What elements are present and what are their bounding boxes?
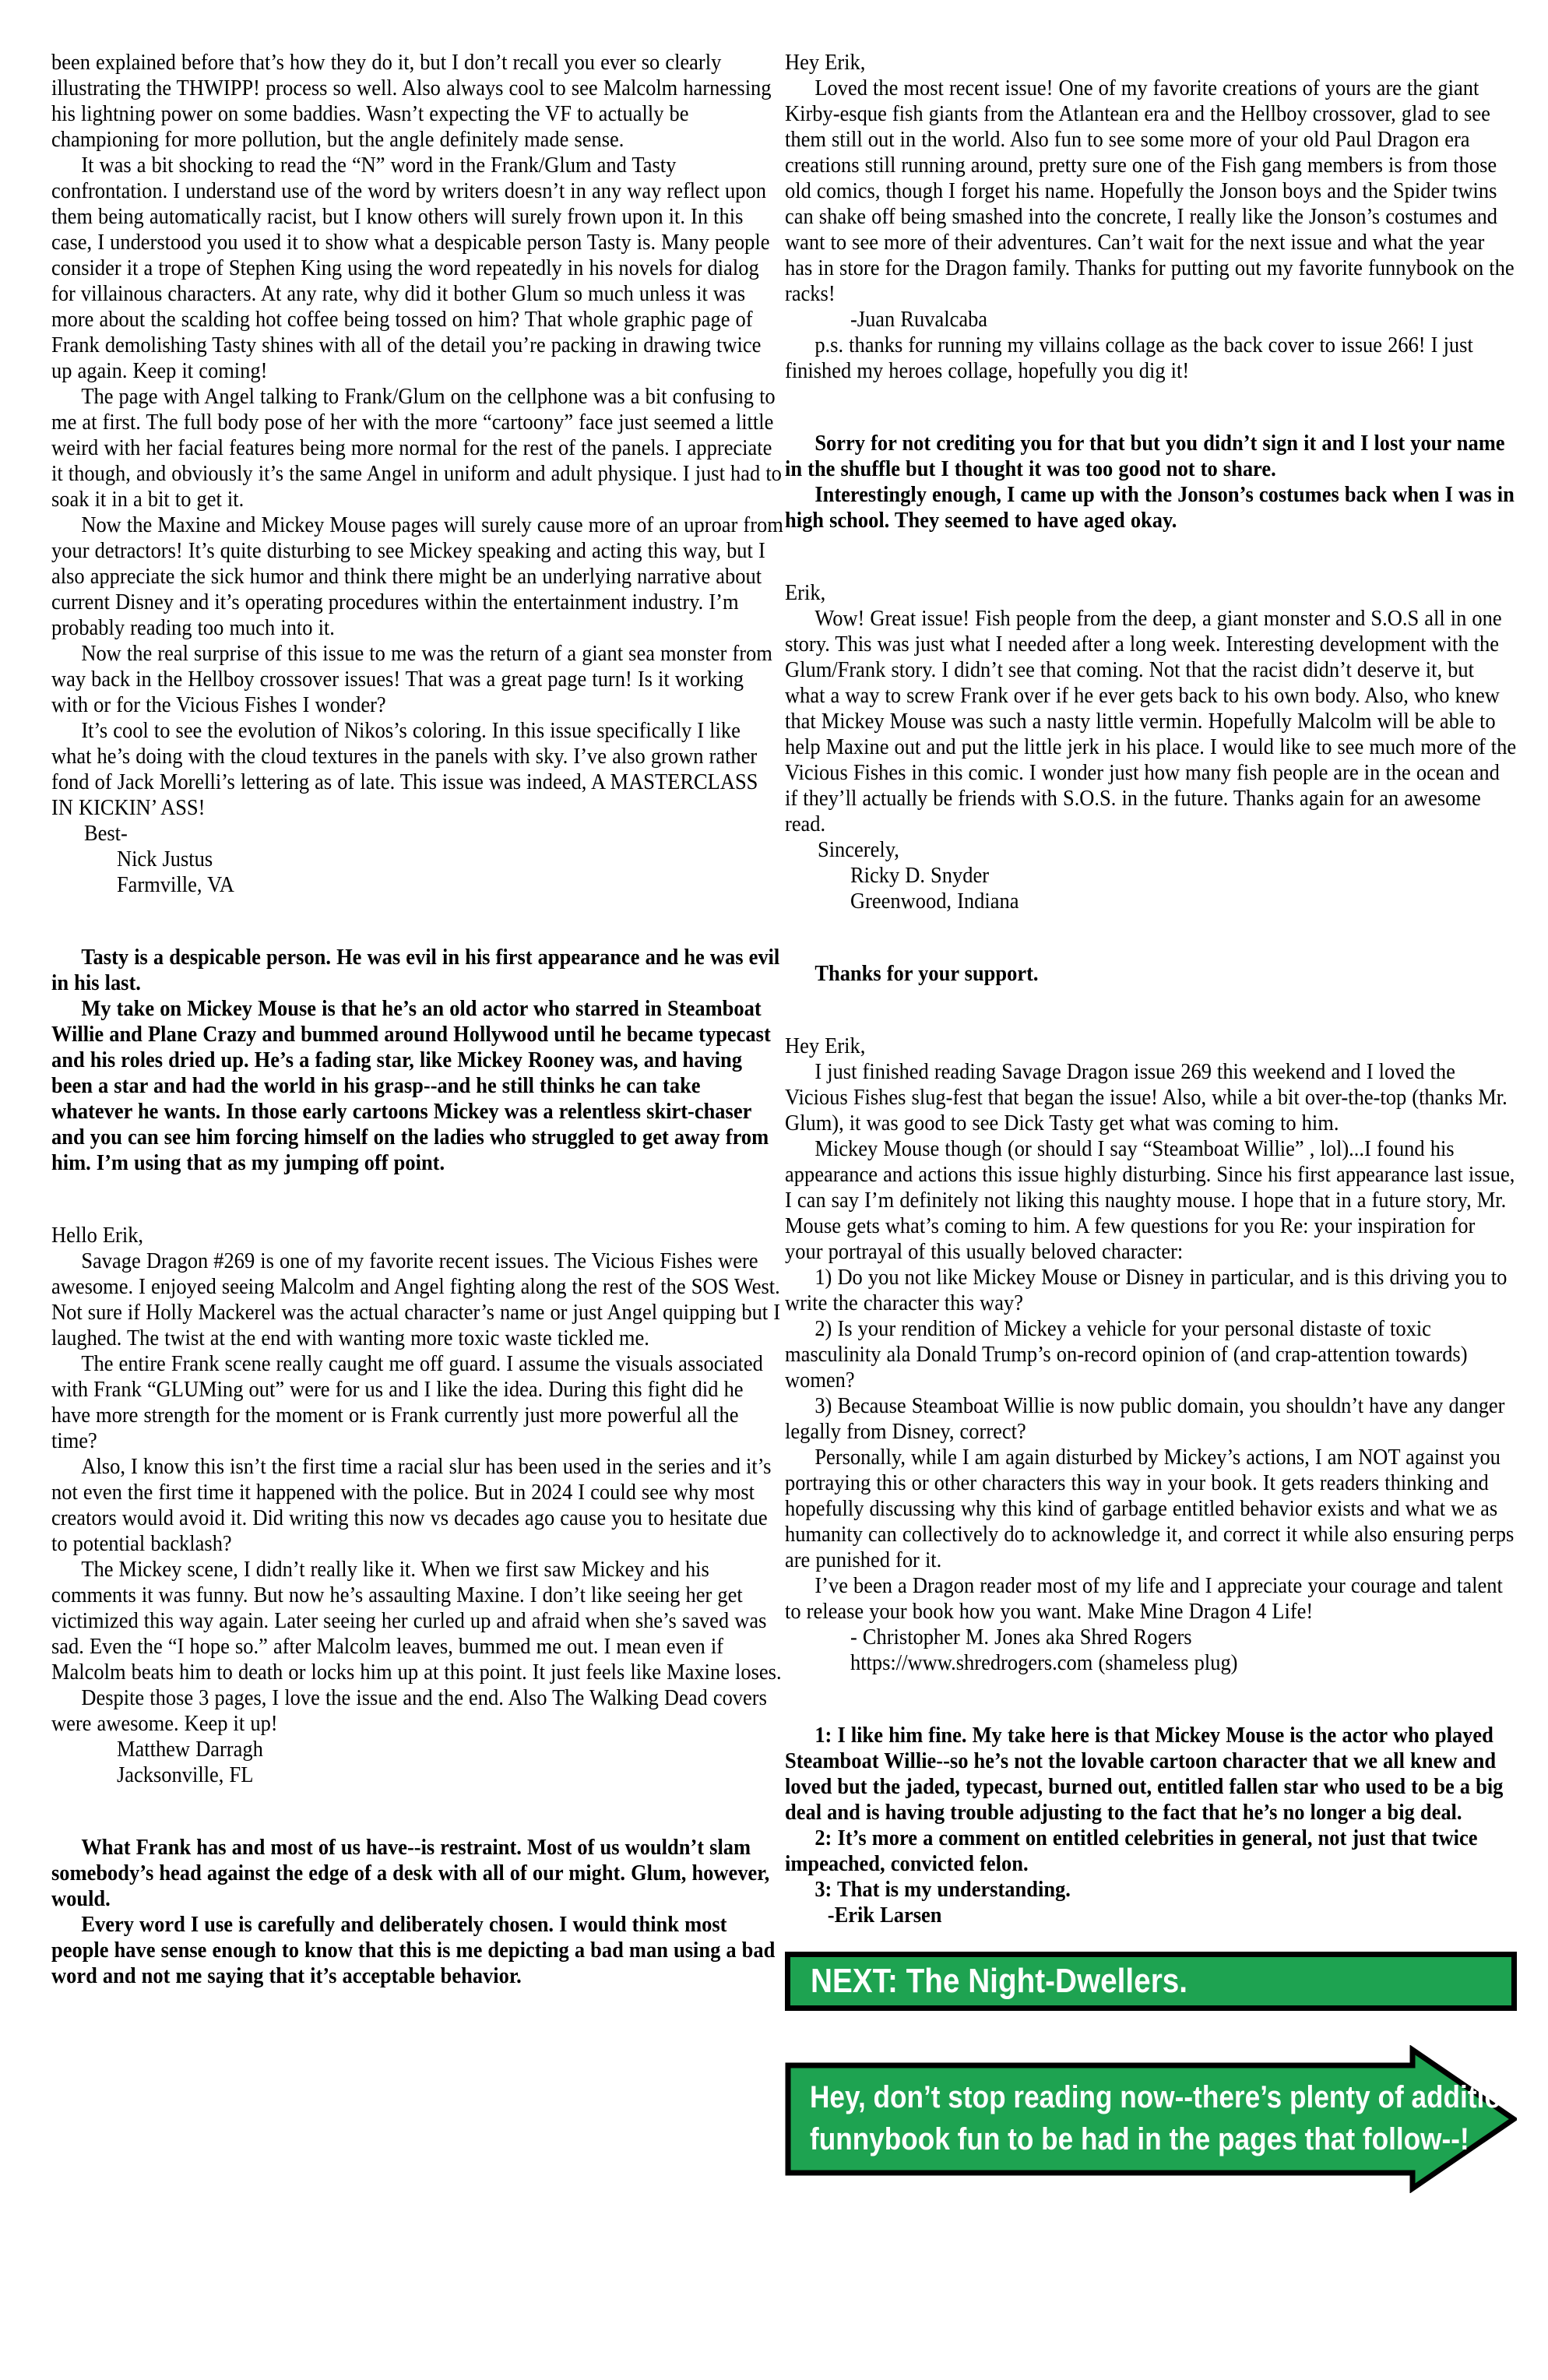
- letter-paragraph: Loved the most recent issue! One of my f…: [785, 76, 1517, 307]
- letter-paragraph: 1) Do you not like Mickey Mouse or Disne…: [785, 1265, 1517, 1316]
- letter-paragraph: Hey Erik,: [785, 50, 1517, 76]
- keep-reading-arrow-line1: Hey, don’t stop reading now--there’s ple…: [810, 2076, 1541, 2118]
- letter-gap: [785, 914, 1517, 961]
- editor-reply-paragraph: Sorry for not crediting you for that but…: [785, 431, 1517, 482]
- letter-paragraph: Hey Erik,: [785, 1033, 1517, 1059]
- editor-reply-paragraph: Every word I use is carefully and delibe…: [51, 1912, 783, 1989]
- letter-gap: [785, 1676, 1517, 1723]
- editor-reply-paragraph: Interestingly enough, I came up with the…: [785, 482, 1517, 533]
- letter-paragraph: Also, I know this isn’t the first time a…: [51, 1454, 783, 1557]
- letter-paragraph: The page with Angel talking to Frank/Glu…: [51, 384, 783, 512]
- editor-reply-paragraph: Thanks for your support.: [785, 961, 1517, 987]
- editor-reply-paragraph: 2: It’s more a comment on entitled celeb…: [785, 1825, 1517, 1877]
- letter-paragraph: Mickey Mouse though (or should I say “St…: [785, 1136, 1517, 1265]
- letters-column-right-text: Hey Erik,Loved the most recent issue! On…: [785, 50, 1517, 1928]
- letter-paragraph: It was a bit shocking to read the “N” wo…: [51, 153, 783, 384]
- letter-paragraph: Now the real surprise of this issue to m…: [51, 641, 783, 718]
- letter-gap: [51, 898, 783, 945]
- signature-line: Ricky D. Snyder: [785, 863, 1517, 889]
- signature-line: Best-: [51, 821, 783, 847]
- signature-line: https://www.shredrogers.com (shameless p…: [785, 1650, 1517, 1676]
- letter-paragraph: It’s cool to see the evolution of Nikos’…: [51, 718, 783, 821]
- letters-column-right: Hey Erik,Loved the most recent issue! On…: [785, 50, 1517, 2193]
- signature-line: -Erik Larsen: [785, 1903, 1517, 1928]
- next-issue-banner-label: NEXT: The Night-Dwellers.: [811, 1962, 1187, 2001]
- letter-gap: [785, 384, 1517, 431]
- letter-paragraph: Hello Erik,: [51, 1223, 783, 1248]
- letter-gap: [785, 533, 1517, 580]
- letter-gap: [51, 1176, 783, 1223]
- letter-paragraph: p.s. thanks for running my villains coll…: [785, 333, 1517, 384]
- signature-line: Jacksonville, FL: [51, 1762, 783, 1788]
- letter-gap: [51, 1788, 783, 1835]
- letter-paragraph: Erik,: [785, 580, 1517, 606]
- letter-paragraph: Savage Dragon #269 is one of my favorite…: [51, 1248, 783, 1351]
- editor-reply-paragraph: Tasty is a despicable person. He was evi…: [51, 945, 783, 996]
- signature-line: Matthew Darragh: [51, 1737, 783, 1762]
- letter-paragraph: 3) Because Steamboat Willie is now publi…: [785, 1393, 1517, 1445]
- editor-reply-paragraph: My take on Mickey Mouse is that he’s an …: [51, 996, 783, 1176]
- letter-paragraph: been explained before that’s how they do…: [51, 50, 783, 153]
- letter-paragraph: The entire Frank scene really caught me …: [51, 1351, 783, 1454]
- letter-paragraph: Personally, while I am again disturbed b…: [785, 1445, 1517, 1573]
- keep-reading-arrow-banner: Hey, don’t stop reading now--there’s ple…: [785, 2045, 1517, 2193]
- editor-reply-paragraph: 3: That is my understanding.: [785, 1877, 1517, 1903]
- next-issue-banner: NEXT: The Night-Dwellers.: [785, 1952, 1517, 2011]
- letters-page: { "page": { "kind": "comic letters colum…: [0, 0, 1548, 2380]
- letter-paragraph: The Mickey scene, I didn’t really like i…: [51, 1557, 783, 1685]
- letter-paragraph: I’ve been a Dragon reader most of my lif…: [785, 1573, 1517, 1625]
- keep-reading-arrow-text: Hey, don’t stop reading now--there’s ple…: [810, 2076, 1541, 2160]
- letter-paragraph: Wow! Great issue! Fish people from the d…: [785, 606, 1517, 837]
- keep-reading-arrow-line2: funnybook fun to be had in the pages tha…: [810, 2118, 1541, 2160]
- signature-line: Nick Justus: [51, 847, 783, 872]
- letter-paragraph: I just finished reading Savage Dragon is…: [785, 1059, 1517, 1136]
- signature-line: Greenwood, Indiana: [785, 889, 1517, 914]
- signature-line: Sincerely,: [785, 837, 1517, 863]
- signature-line: -Juan Ruvalcaba: [785, 307, 1517, 333]
- letter-paragraph: Despite those 3 pages, I love the issue …: [51, 1685, 783, 1737]
- signature-line: - Christopher M. Jones aka Shred Rogers: [785, 1625, 1517, 1650]
- letters-column-left-text: been explained before that’s how they do…: [51, 50, 783, 1989]
- editor-reply-paragraph: 1: I like him fine. My take here is that…: [785, 1723, 1517, 1825]
- letters-column-left: been explained before that’s how they do…: [51, 50, 783, 1989]
- signature-line: Farmville, VA: [51, 872, 783, 898]
- editor-reply-paragraph: What Frank has and most of us have--is r…: [51, 1835, 783, 1912]
- letter-paragraph: 2) Is your rendition of Mickey a vehicle…: [785, 1316, 1517, 1393]
- letter-gap: [785, 987, 1517, 1033]
- letter-paragraph: Now the Maxine and Mickey Mouse pages wi…: [51, 512, 783, 641]
